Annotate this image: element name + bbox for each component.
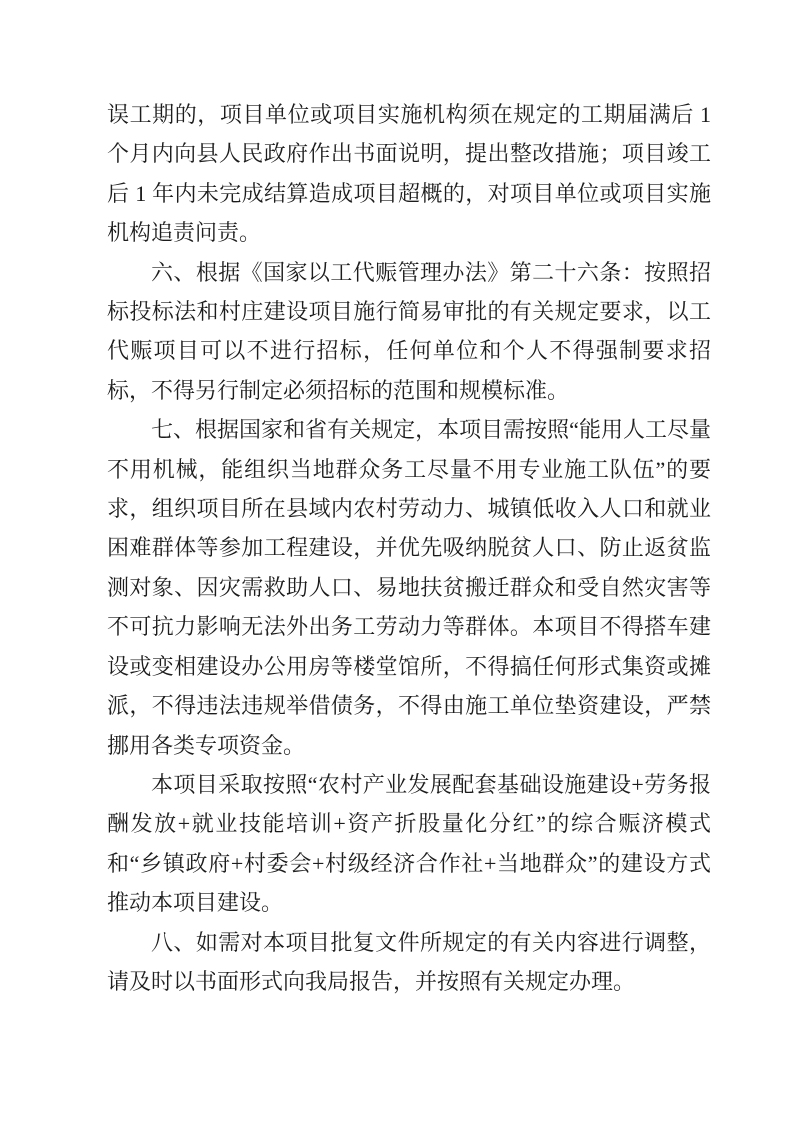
paragraph: 六、根据《国家以工代赈管理办法》第二十六条：按照招标投标法和村庄建设项目施行简易… [107,253,711,411]
paragraph: 八、如需对本项目批复文件所规定的有关内容进行调整，请及时以书面形式向我局报告，并… [107,923,711,1002]
document-body: 误工期的，项目单位或项目实施机构须在规定的工期届满后 1 个月内向县人民政府作出… [107,95,711,1001]
paragraph: 误工期的，项目单位或项目实施机构须在规定的工期届满后 1 个月内向县人民政府作出… [107,95,711,253]
paragraph: 七、根据国家和省有关规定，本项目需按照“能用人工尽量不用机械，能组织当地群众务工… [107,410,711,765]
document-page: 误工期的，项目单位或项目实施机构须在规定的工期届满后 1 个月内向县人民政府作出… [0,0,793,1122]
paragraph: 本项目采取按照“农村产业发展配套基础设施建设+劳务报酬发放+就业技能培训+资产折… [107,765,711,923]
